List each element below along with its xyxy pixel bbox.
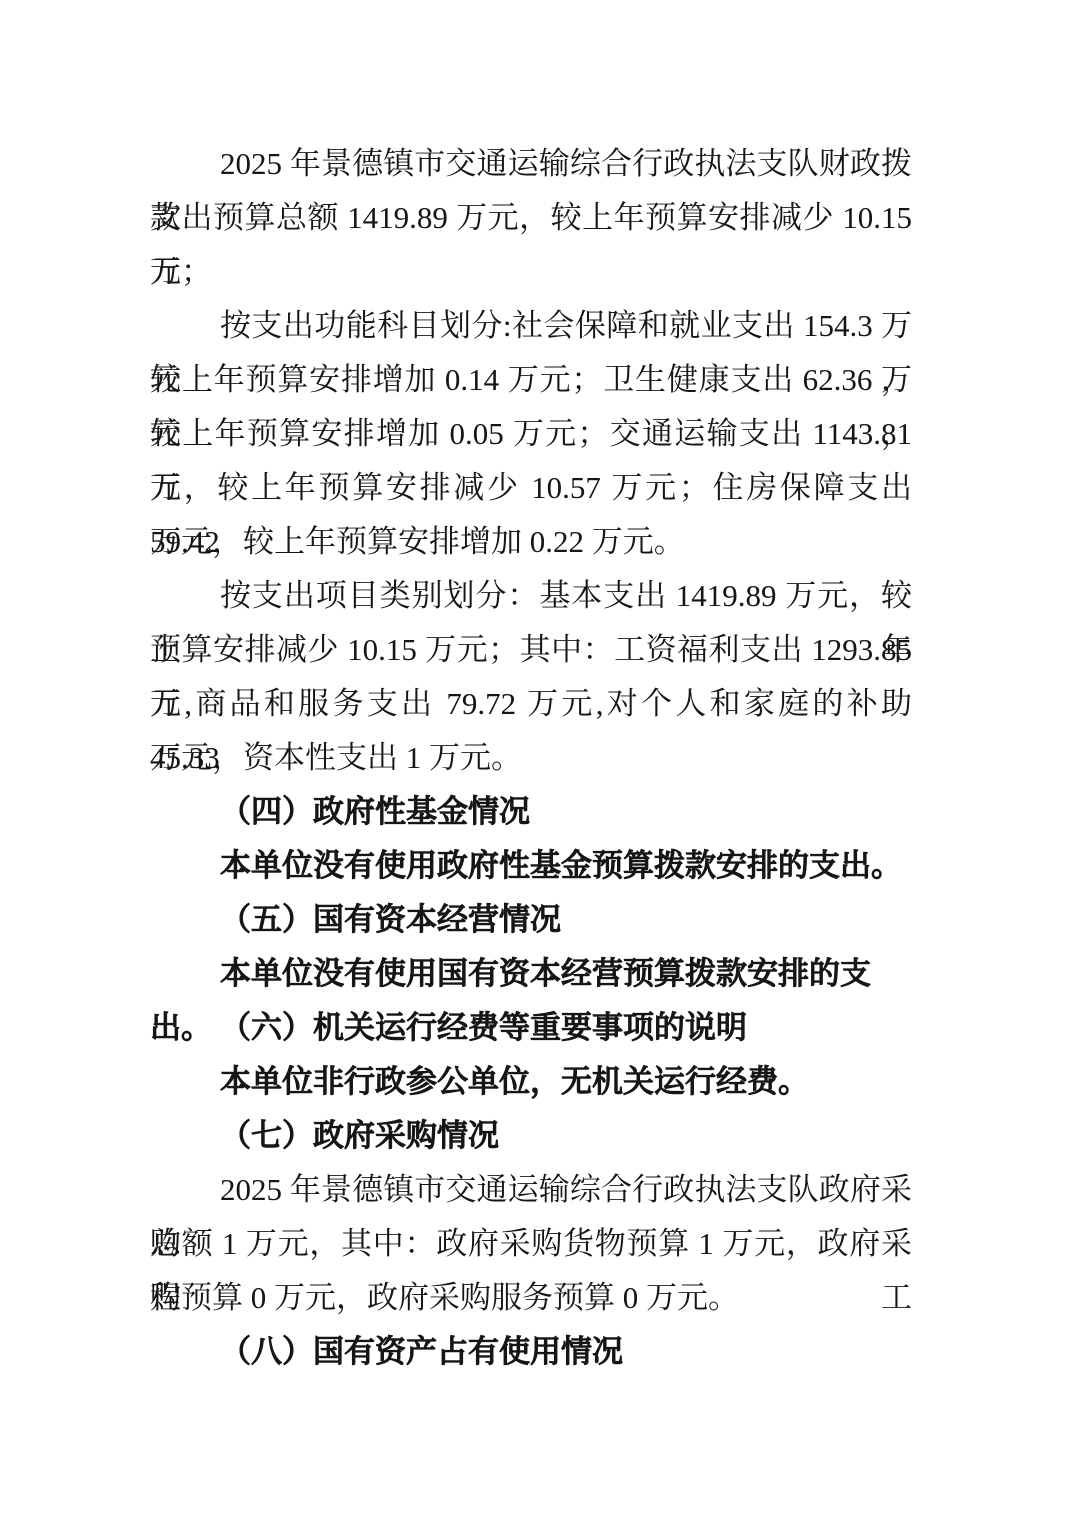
text-line: 总额 1 万元，其中：政府采购货物预算 1 万元，政府采购工 [150, 1217, 912, 1271]
heading-section-4-government-funds: （四）政府性基金情况 [150, 785, 912, 839]
text-line: （七）政府采购情况 [150, 1109, 912, 1163]
text-line: （五）国有资本经营情况 [150, 893, 912, 947]
text-line: 支出预算总额 1419.89 万元，较上年预算安排减少 10.15 万 [150, 191, 912, 245]
text-line: （八）国有资产占有使用情况 [150, 1325, 912, 1379]
document-page: 2025 年景德镇市交通运输综合行政执法支队财政拨款支出预算总额 1419.89… [0, 0, 1074, 1520]
para-expenditure-by-function: 按支出功能科目划分:社会保障和就业支出 154.3 万元，较上年预算安排增加 0… [150, 299, 912, 569]
text-line: 2025 年景德镇市交通运输综合行政执法支队政府采购 [150, 1163, 912, 1217]
para-government-funds-statement: 本单位没有使用政府性基金预算拨款安排的支出。 [150, 839, 912, 893]
para-expenditure-by-category: 按支出项目类别划分：基本支出 1419.89 万元，较上年预算安排减少 10.1… [150, 569, 912, 785]
para-state-capital-statement: 本单位没有使用国有资本经营预算拨款安排的支出。 [150, 947, 912, 1001]
heading-section-5-state-capital: （五）国有资本经营情况 [150, 893, 912, 947]
text-line: 2025 年景德镇市交通运输综合行政执法支队财政拨款 [150, 137, 912, 191]
text-line: 元,商品和服务支出 79.72 万元,对个人和家庭的补助 45.33 [150, 677, 912, 731]
heading-section-7-government-procurement: （七）政府采购情况 [150, 1109, 912, 1163]
para-government-procurement-detail: 2025 年景德镇市交通运输综合行政执法支队政府采购总额 1 万元，其中：政府采… [150, 1163, 912, 1325]
text-line: 较上年预算安排增加 0.14 万元；卫生健康支出 62.36 万元， [150, 353, 912, 407]
heading-section-8-state-assets: （八）国有资产占有使用情况 [150, 1325, 912, 1379]
text-line: 元，较上年预算安排减少 10.57 万元；住房保障支出 59.42 [150, 461, 912, 515]
text-line: （四）政府性基金情况 [150, 785, 912, 839]
heading-section-6-operating-expenses: （六）机关运行经费等重要事项的说明 [150, 1001, 912, 1055]
text-line: 万元，资本性支出 1 万元。 [150, 731, 912, 785]
document-body: 2025 年景德镇市交通运输综合行政执法支队财政拨款支出预算总额 1419.89… [150, 137, 912, 1379]
para-fiscal-expenditure-total: 2025 年景德镇市交通运输综合行政执法支队财政拨款支出预算总额 1419.89… [150, 137, 912, 299]
text-line: 本单位没有使用国有资本经营预算拨款安排的支出。 [150, 947, 912, 1001]
text-line: 元； [150, 245, 912, 299]
text-line: 较上年预算安排增加 0.05 万元；交通运输支出 1143.81 万 [150, 407, 912, 461]
text-line: 本单位没有使用政府性基金预算拨款安排的支出。 [150, 839, 912, 893]
para-operating-expenses-statement: 本单位非行政参公单位，无机关运行经费。 [150, 1055, 912, 1109]
text-line: 预算安排减少 10.15 万元；其中：工资福利支出 1293.85 万 [150, 623, 912, 677]
text-line: 按支出功能科目划分:社会保障和就业支出 154.3 万元， [150, 299, 912, 353]
text-line: 按支出项目类别划分：基本支出 1419.89 万元，较上年 [150, 569, 912, 623]
text-line: 本单位非行政参公单位，无机关运行经费。 [150, 1055, 912, 1109]
text-line: （六）机关运行经费等重要事项的说明 [150, 1001, 912, 1055]
text-line: 万元，较上年预算安排增加 0.22 万元。 [150, 515, 912, 569]
